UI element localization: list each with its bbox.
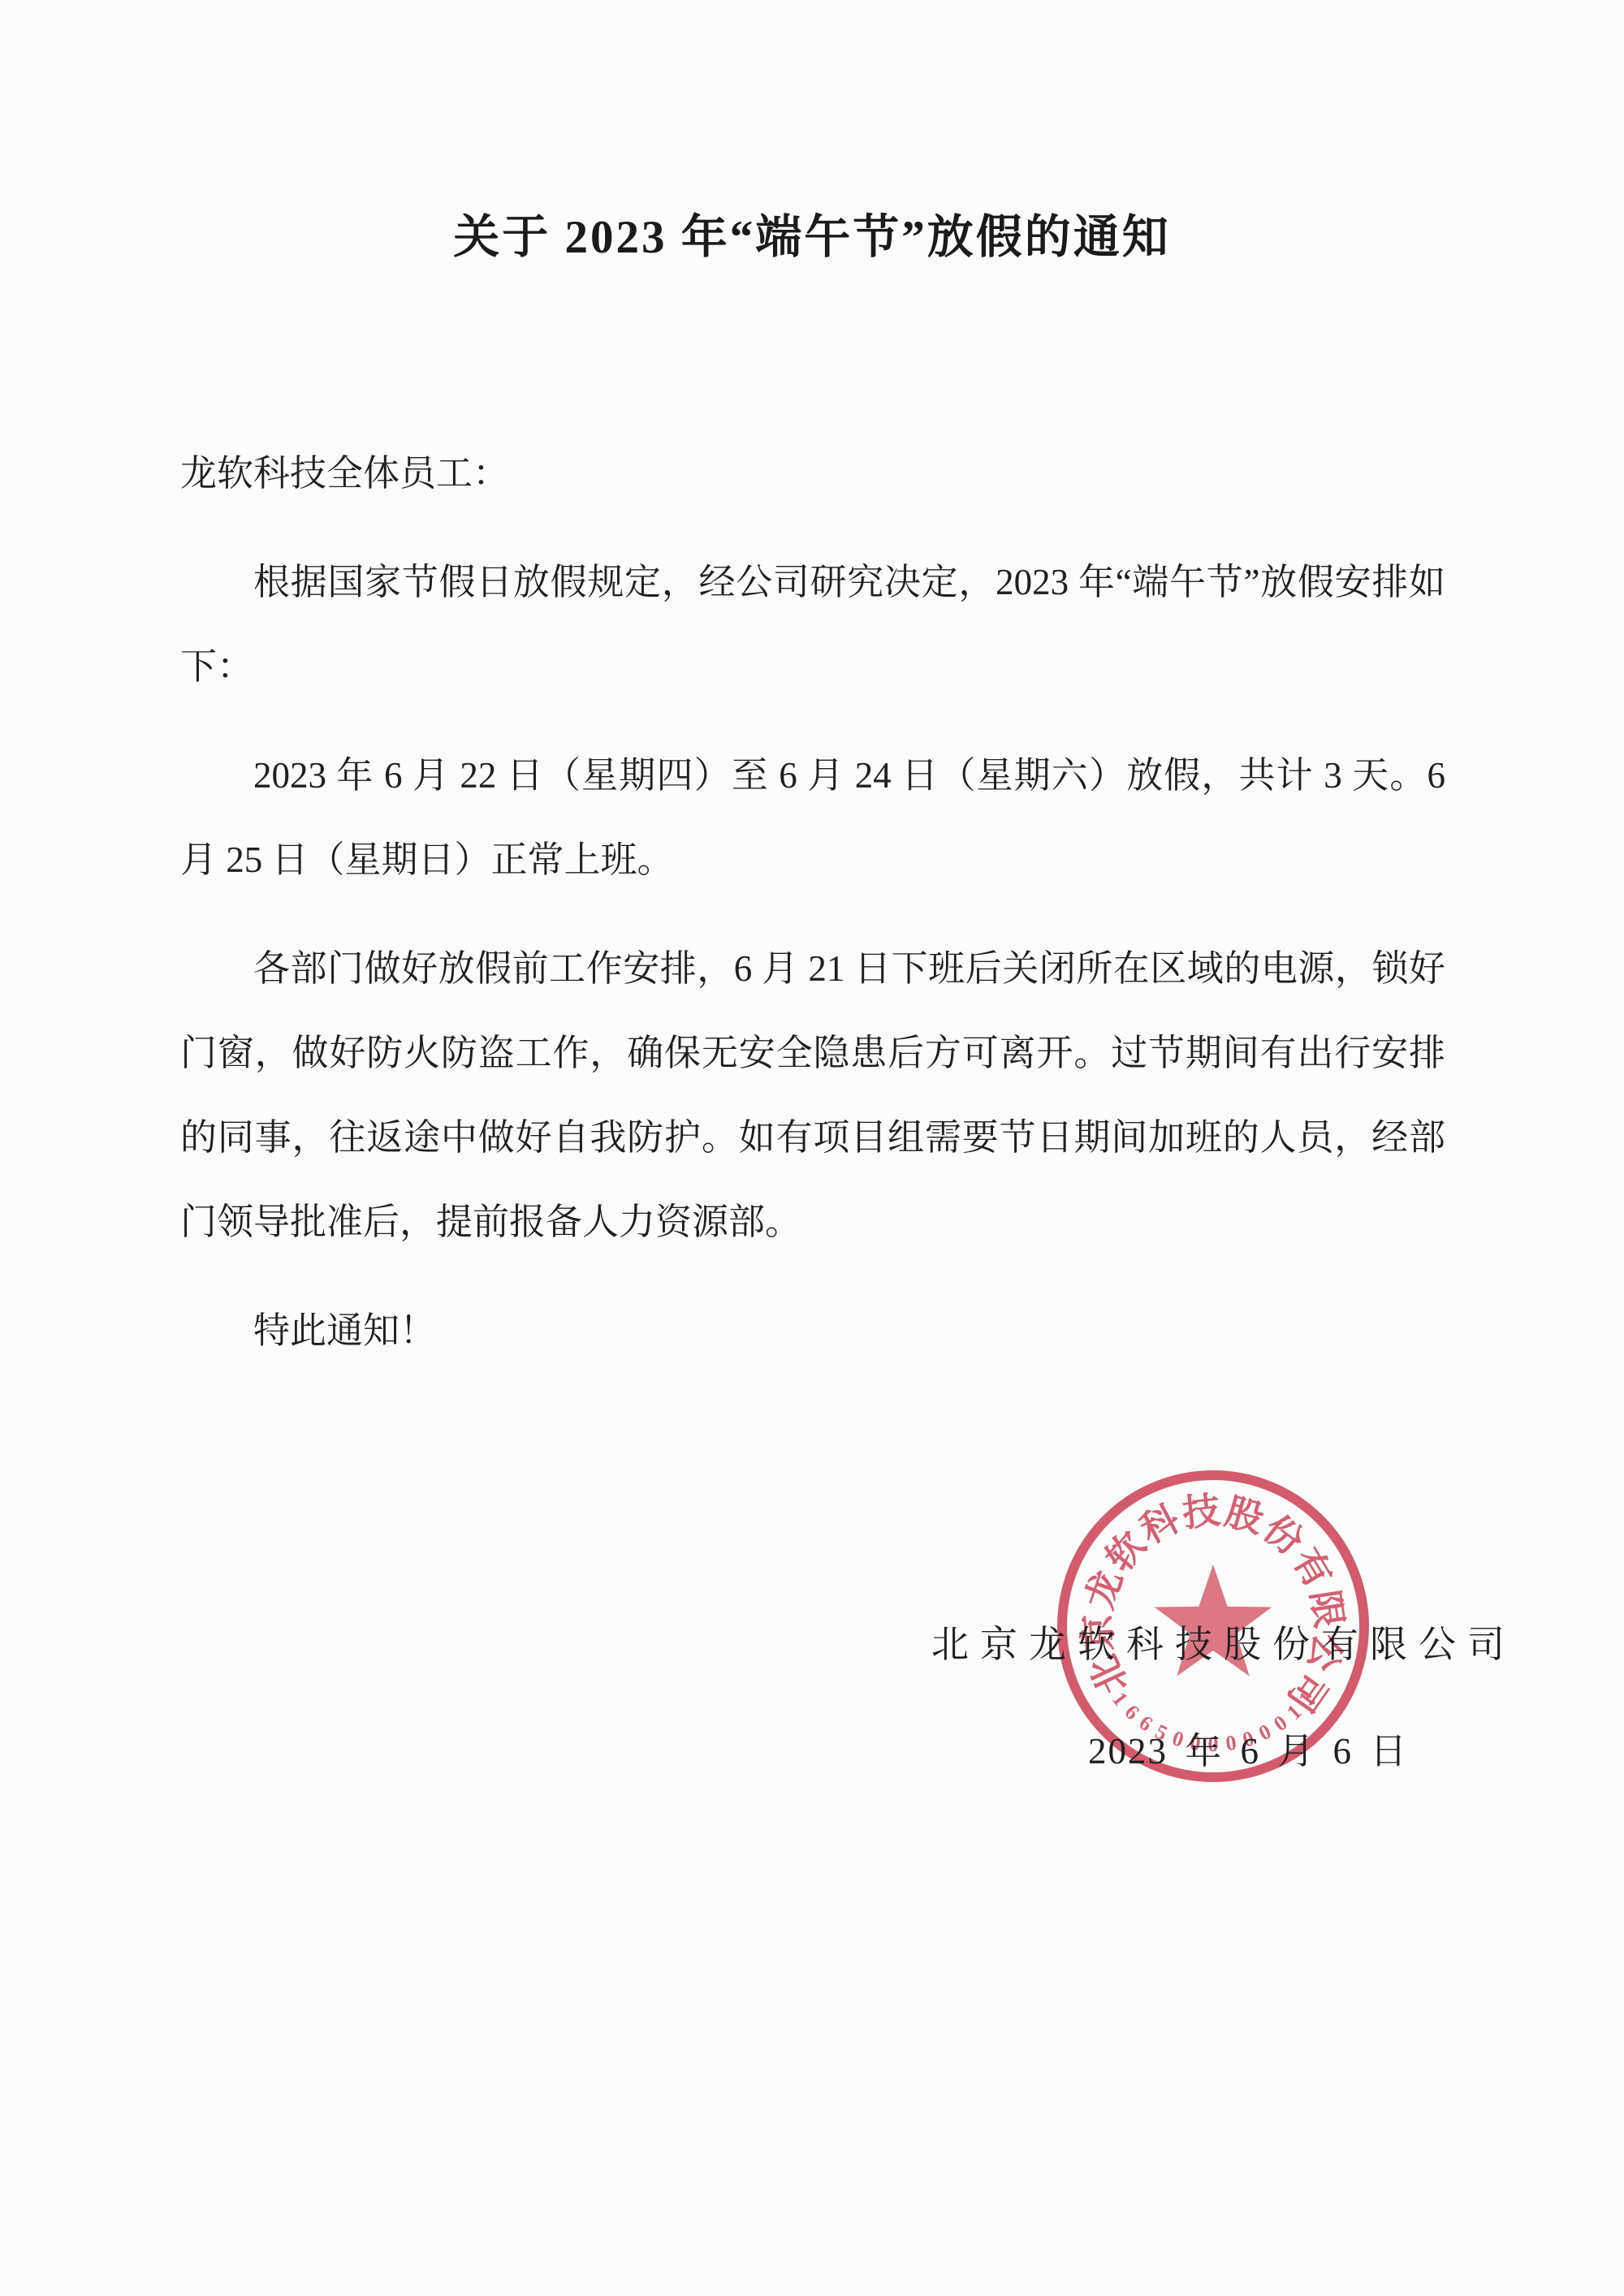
document-body: 龙软科技全体员工： 根据国家节假日放假规定，经公司研究决定，2023 年“端午节… [0,431,1624,1373]
signature-date: 2023 年 6 月 6 日 [1088,1731,1408,1773]
paragraph-closing-notice: 特此通知！ [180,1288,1445,1373]
notice-document-page: 关于 2023 年“端午节”放假的通知 龙软科技全体员工： 根据国家节假日放假规… [0,0,1624,2296]
salutation-line: 龙软科技全体员工： [180,431,1445,516]
document-title: 关于 2023 年“端午节”放假的通知 [0,211,1624,265]
paragraph-holiday-dates: 2023 年 6 月 22 日（星期四）至 6 月 24 日（星期六）放假，共计… [180,733,1445,902]
paragraph-safety-instructions: 各部门做好放假前工作安排，6 月 21 日下班后关闭所在区域的电源，锁好门窗，做… [180,926,1445,1264]
paragraph-holiday-decision: 根据国家节假日放假规定，经公司研究决定，2023 年“端午节”放假安排如下： [180,540,1445,709]
signature-company-name: 北京龙软科技股份有限公司 [931,1624,1516,1667]
seal-arc-char: 技 [1181,1490,1222,1534]
